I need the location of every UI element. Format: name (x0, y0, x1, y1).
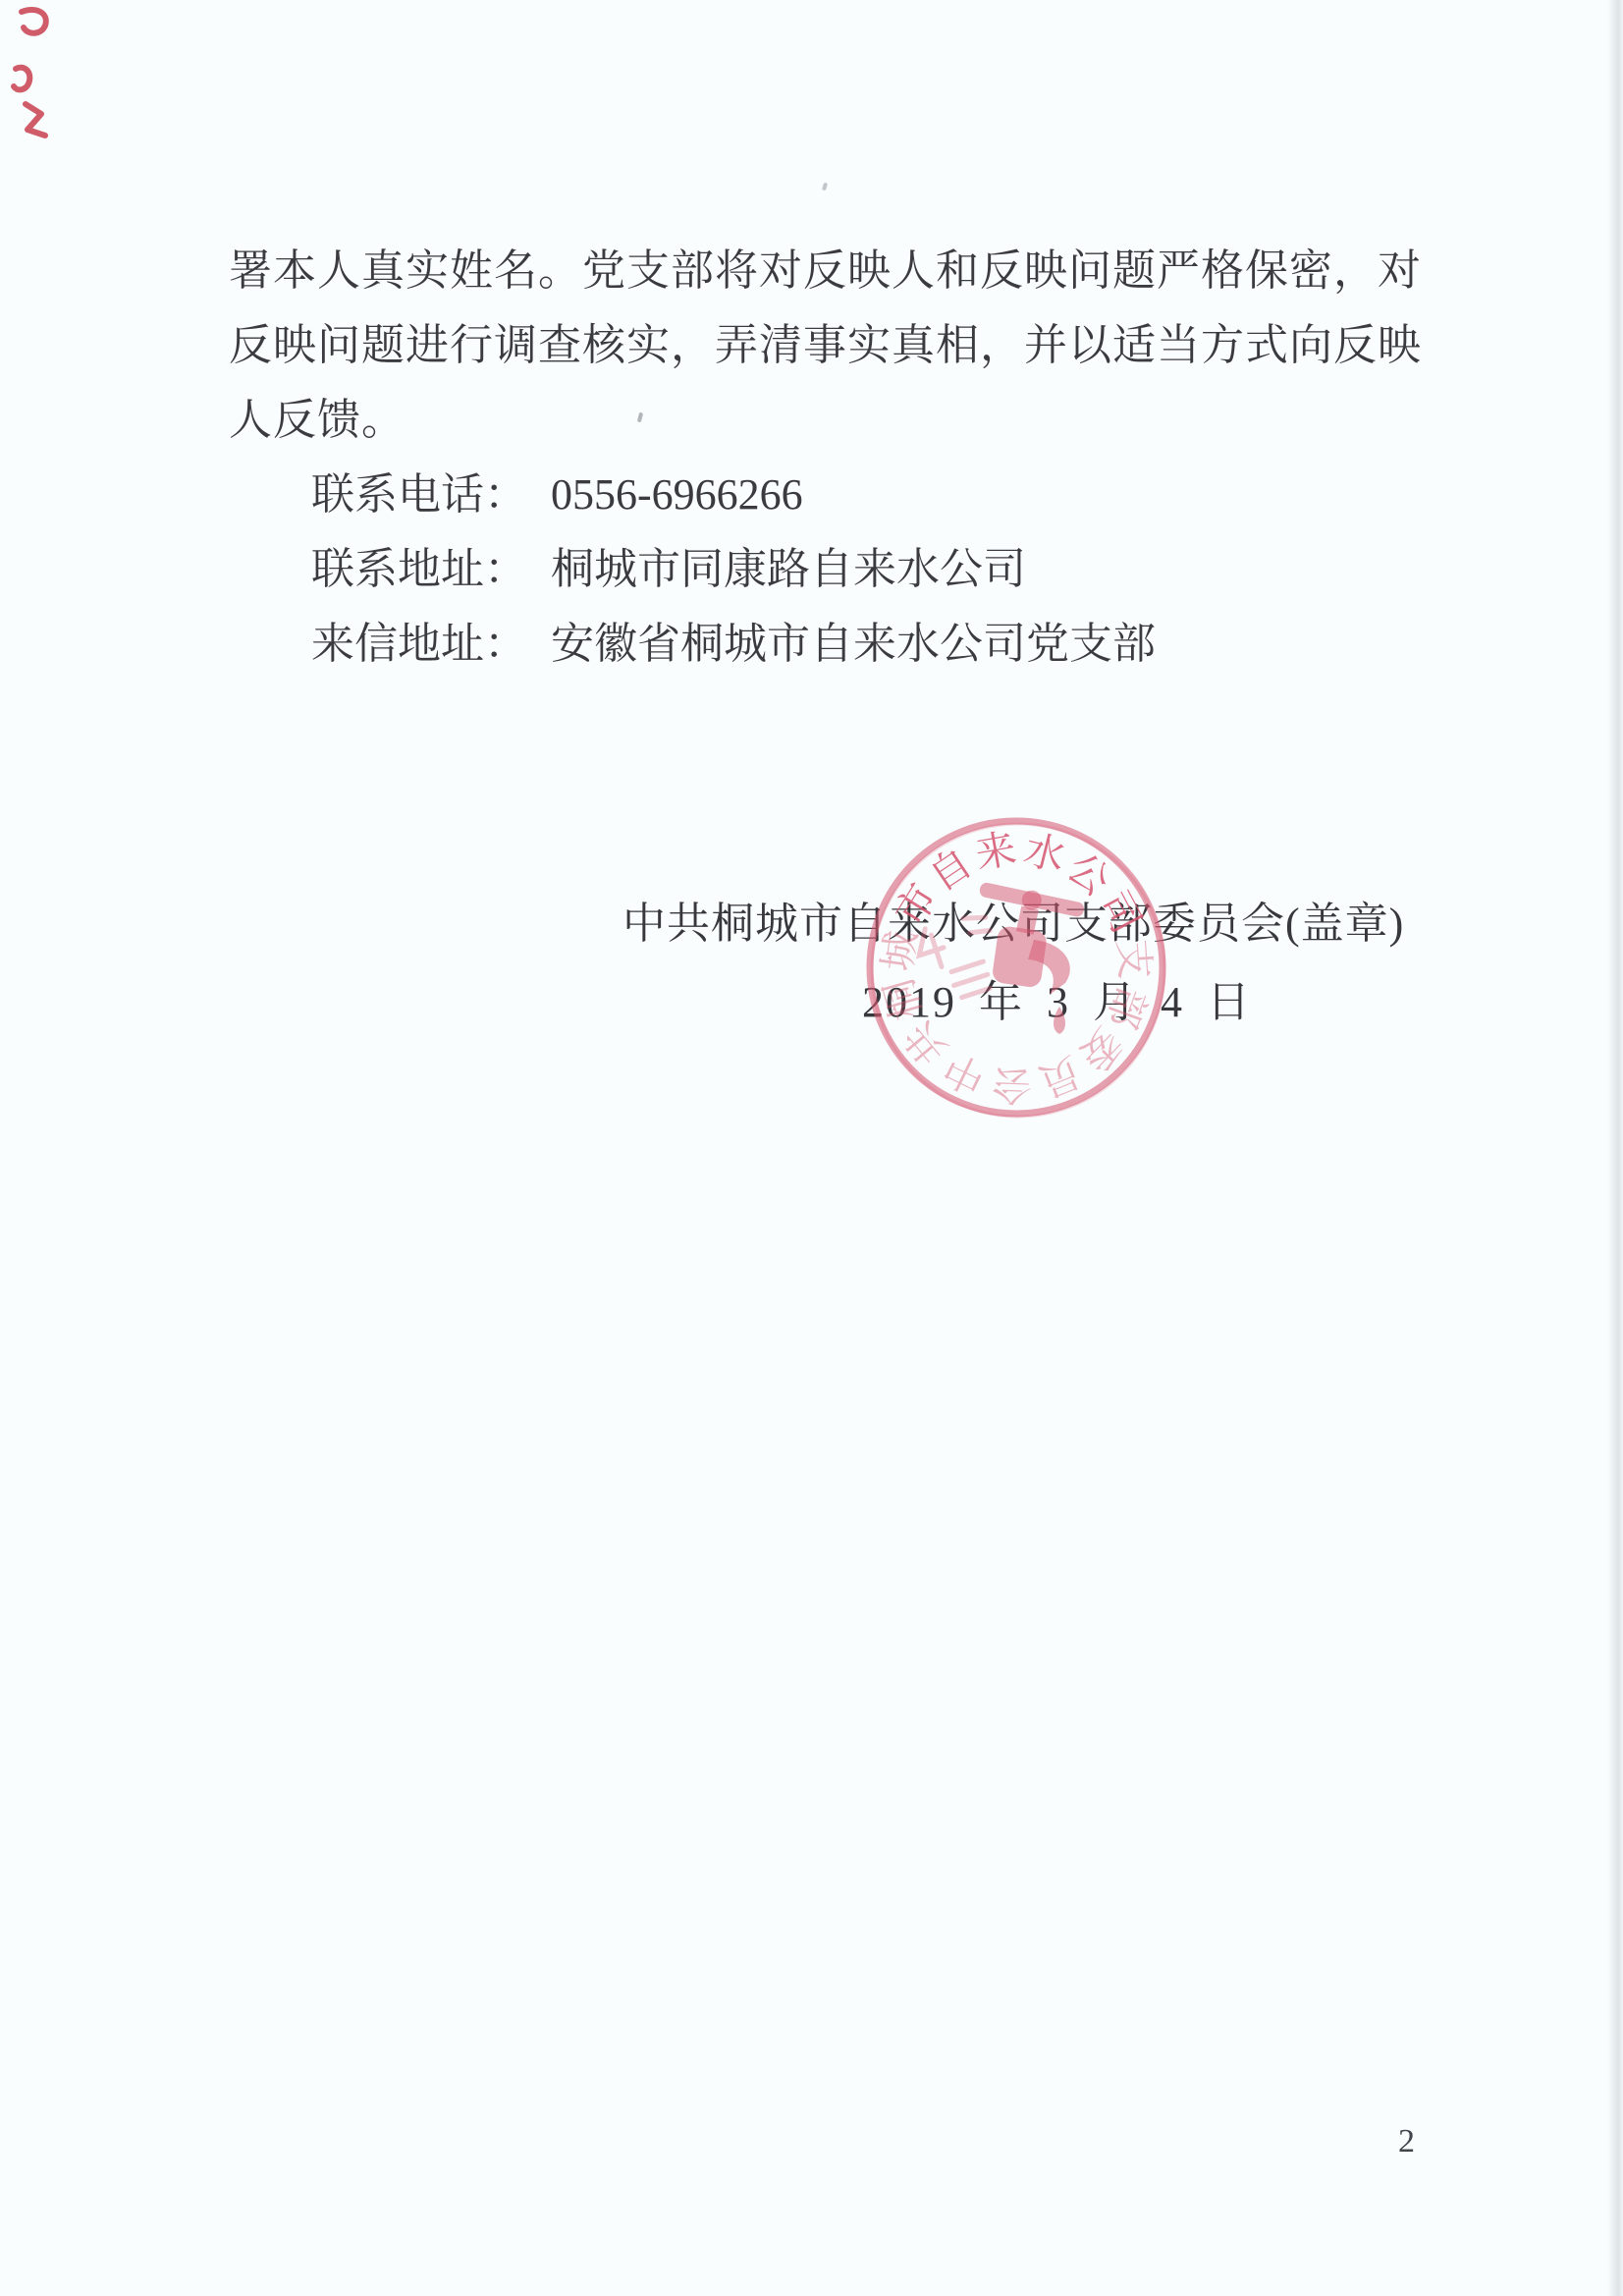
red-ink-marks (4, 2, 67, 149)
contact-row: 来信地址：安徽省桐城市自来水公司党支部 (311, 607, 1156, 682)
seal-ring-character: 来 (972, 826, 1019, 877)
scan-edge-shadow (1607, 0, 1623, 2296)
body-paragraph: 署本人真实姓名。党支部将对反映人和反映问题严格保密，对 反映问题进行调查核实，弄… (229, 234, 1431, 458)
paragraph-line: 署本人真实姓名。党支部将对反映人和反映问题严格保密，对 (229, 234, 1431, 308)
water-drop (1054, 1007, 1065, 1034)
page-number: 2 (1398, 2123, 1415, 2160)
seal-ring-character: 支 (1109, 938, 1158, 981)
ghost-stroke (963, 911, 990, 937)
contact-block: 联系电话：0556-6966266 联系地址：桐城市同康路自来水公司 来信地址：… (311, 458, 1156, 682)
red-ink-mark (22, 10, 46, 33)
seal-faucet-emblem (979, 882, 1086, 1034)
seal-ring-character: 桐 (876, 974, 931, 1025)
contact-label: 来信地址： (311, 620, 527, 668)
seal-ring-character: 城 (875, 928, 925, 974)
official-seal-stamp: 中共桐城市自来水公司支部委员会 (859, 810, 1173, 1124)
contact-row: 联系地址：桐城市同康路自来水公司 (311, 532, 1156, 607)
contact-value: 安徽省桐城市自来水公司党支部 (551, 620, 1156, 668)
contact-row: 联系电话：0556-6966266 (311, 458, 1156, 532)
scan-speck (822, 183, 828, 191)
red-ink-mark (26, 104, 45, 136)
red-ink-mark (14, 68, 29, 90)
scanned-document-page: 署本人真实姓名。党支部将对反映人和反映问题严格保密，对 反映问题进行调查核实，弄… (0, 0, 1623, 2296)
seal-ring-character: 会 (992, 1062, 1034, 1108)
contact-label: 联系地址： (311, 545, 527, 593)
seal-ring-character: 水 (1020, 826, 1070, 880)
contact-value: 0556-6966266 (551, 470, 803, 519)
ghost-stroke (949, 961, 992, 999)
paragraph-line: 人反馈。 (229, 383, 1431, 458)
paragraph-line: 反映问题进行调查核实，弄清事实真相，并以适当方式向反映 (229, 308, 1431, 383)
contact-label: 联系电话： (311, 470, 527, 519)
contact-value: 桐城市同康路自来水公司 (551, 545, 1026, 593)
